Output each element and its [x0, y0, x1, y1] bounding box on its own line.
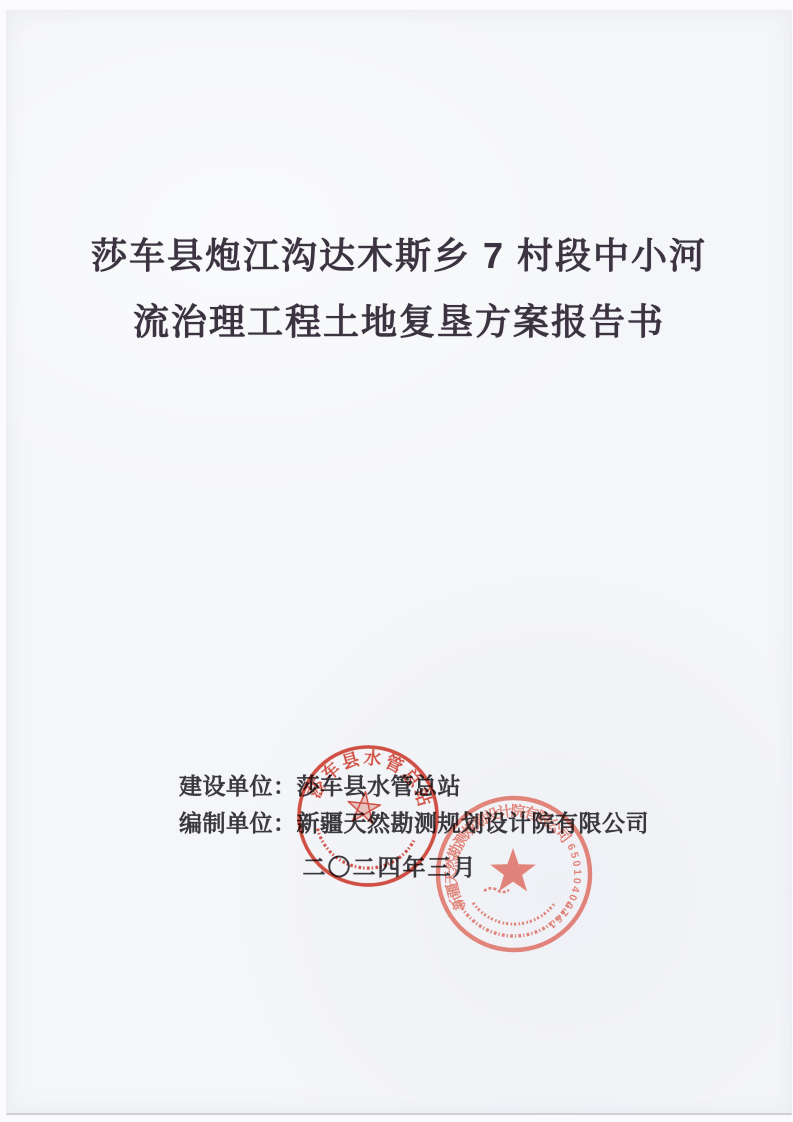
star-icon: [490, 848, 536, 891]
star-icon: [346, 790, 381, 824]
seal-arc-text: 莎车县水管总站: [303, 741, 441, 813]
uyghur-script-arc-inner: [473, 903, 555, 924]
uyghur-script-mark: [484, 888, 509, 892]
paper-sheet: 莎车县炮江沟达木斯乡 7 村段中小河 流治理工程土地复垦方案报告书 建设单位：莎…: [6, 10, 792, 1115]
document-title-line-1: 莎车县炮江沟达木斯乡 7 村段中小河: [7, 223, 791, 289]
document-title-line-2: 流治理工程土地复垦方案报告书: [7, 289, 791, 355]
right-official-seal: 新疆天然勘测规划设计院有限公司 650104007619855: [429, 789, 599, 959]
uyghur-script-arc: [314, 829, 415, 873]
document-title: 莎车县炮江沟达木斯乡 7 村段中小河 流治理工程土地复垦方案报告书: [7, 223, 791, 355]
scanned-page: 莎车县炮江沟达木斯乡 7 村段中小河 流治理工程土地复垦方案报告书 建设单位：莎…: [0, 0, 793, 1122]
